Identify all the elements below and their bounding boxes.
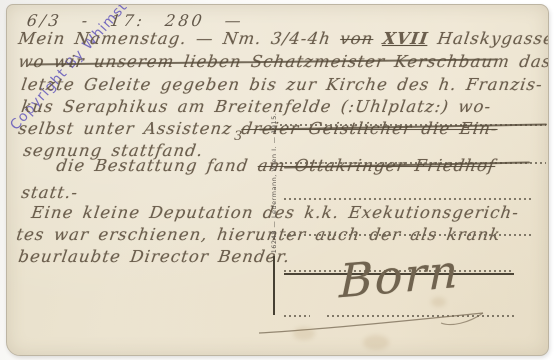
message-text: Mein Namenstag. — Nm. 3/4-4h <box>17 29 341 48</box>
message-line: statt.- <box>20 183 80 203</box>
message-text: selbst unter Assistenz <box>17 119 243 138</box>
message-line: kus Seraphikus am Breitenfelde (:Uhlplat… <box>20 97 493 117</box>
message-line: selbst unter Assistenz dreier Geistliche… <box>17 119 499 139</box>
message-line: letzte Geleite gegeben bis zur Kirche de… <box>20 75 544 95</box>
address-dotted-line <box>284 234 534 236</box>
district-numeral: XVII <box>382 29 430 48</box>
signature-flourish <box>255 303 489 339</box>
publisher-imprint: 16248 — Ledermann, Wien I. — 1915. <box>270 112 278 254</box>
message-line: beurlaubte Director Bender. <box>17 247 292 267</box>
insertion-mark: 3 <box>234 129 242 144</box>
message-text: die Bestattung fand <box>55 156 259 175</box>
paper-stain <box>431 297 446 307</box>
postcard: Copyright By Whimster 6/3 - 17: 280 — Me… <box>6 4 549 356</box>
postcard-scan: Copyright By Whimster 6/3 - 17: 280 — Me… <box>0 0 555 360</box>
paper-stain <box>293 327 315 340</box>
date-annotation: 6/3 - 17: 280 — <box>26 11 245 30</box>
struck-word: von <box>339 29 375 48</box>
message-line: Mein Namenstag. — Nm. 3/4-4h von XVII Ha… <box>17 29 549 49</box>
address-dotted-line <box>284 198 534 200</box>
paper-stain <box>363 335 389 350</box>
message-text: Halskygasse <box>427 29 549 48</box>
